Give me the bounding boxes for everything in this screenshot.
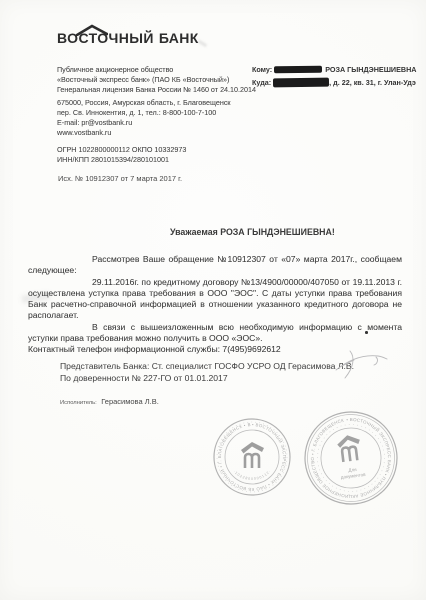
stamp-bank-logo-icon bbox=[241, 442, 264, 468]
bank-documents-stamp: • ВОСТОЧНЫЙ ЭКСПРЕСС БАНК • ПУБЛИЧНОЕ АК… bbox=[295, 402, 406, 513]
representative-line: Представитель Банка: Ст. специалист ГОСФ… bbox=[60, 361, 354, 373]
svg-text:· 1 0 2 2 8 0 0 0 0 0 1 1 2 ·: · 1 0 2 2 8 0 0 0 0 0 1 1 2 · bbox=[232, 469, 271, 481]
sender-details: Публичное акционерное общество «Восточны… bbox=[57, 65, 256, 168]
bank-round-stamp: • ВОСТОЧНЫЙ ЭКСПРЕСС БАНК • ПАО КБ ВОСТО… bbox=[207, 412, 297, 502]
body-paragraph: В связи с вышеизложенным всю необходимую… bbox=[28, 322, 402, 345]
sender-org-group: Публичное акционерное общество «Восточны… bbox=[57, 65, 256, 95]
salutation: Уважаемая РОЗА ГЫНДЭНЕШИЕВНА! bbox=[170, 227, 335, 237]
recipient-address-row: Куда: , д. 22, кв. 31, г. Улан-Удэ bbox=[252, 78, 416, 87]
executor-line: Исполнитель: Герасимова Л.В. bbox=[60, 391, 159, 409]
sender-address-line2: пер. Св. Иннокентия, д. 1, тел.: 8-800-1… bbox=[57, 108, 256, 118]
logo-text-part: ЧНЫЙ bbox=[109, 30, 154, 46]
stamp-center-text: документов bbox=[341, 472, 367, 480]
signature-block: Представитель Банка: Ст. специалист ГОСФ… bbox=[60, 361, 354, 384]
recipient-where-label: Куда: bbox=[252, 78, 271, 87]
stamp-ring-text: • ВОСТОЧНЫЙ ЭКСПРЕСС БАНК • ПУБЛИЧНОЕ АК… bbox=[295, 402, 396, 505]
redaction-bar bbox=[274, 66, 322, 73]
scan-artifact-dot bbox=[365, 331, 368, 334]
letter-document: ВОСТОЧНЫЙБАНК Публичное акционерное обще… bbox=[0, 0, 426, 600]
outgoing-ref-line: Исх. № 10912307 от 7 марта 2017 г. bbox=[58, 174, 182, 183]
bank-logo: ВОСТОЧНЫЙБАНК bbox=[57, 30, 199, 46]
redaction-bar bbox=[273, 78, 329, 87]
stamp-bank-logo-icon bbox=[336, 434, 362, 463]
logo-roof-icon bbox=[76, 24, 108, 36]
body-paragraph: 29.11.2016г. по кредитному договору №13/… bbox=[28, 277, 402, 322]
svg-text:• ВОСТОЧНЫЙ ЭКСПРЕСС БАНК • ПУ: • ВОСТОЧНЫЙ ЭКСПРЕСС БАНК • ПУБЛИЧНОЕ АК… bbox=[295, 402, 396, 505]
letter-body: Рассмотрев Ваше обращение №10912307 от «… bbox=[28, 254, 402, 356]
sender-registration-group: ОГРН 1022800000112 ОКПО 10332973 ИНН/КПП… bbox=[57, 145, 256, 165]
executor-name: Герасимова Л.В. bbox=[101, 397, 159, 406]
power-of-attorney-line: По доверенности № 227-ГО от 01.01.2017 bbox=[60, 373, 354, 385]
stamp-bottom-marks: · 1 0 2 2 8 0 0 0 0 0 1 1 2 · bbox=[232, 469, 271, 481]
handwritten-signature bbox=[330, 343, 400, 388]
recipient-name: РОЗА ГЫНДЭНЕШИЕВНА bbox=[325, 65, 416, 74]
sender-inn-kpp: ИНН/КПП 2801015394/280101001 bbox=[57, 155, 256, 165]
sender-org-name: «Восточный экспресс банк» (ПАО КБ «Восто… bbox=[57, 75, 256, 85]
sender-email: E-mail: pr@vostbank.ru bbox=[57, 118, 256, 128]
logo-text-part: БАНК bbox=[159, 30, 199, 46]
sender-ogrn: ОГРН 1022800000112 ОКПО 10332973 bbox=[57, 145, 256, 155]
scan-artifact-mark bbox=[198, 40, 207, 47]
recipient-block: Кому: РОЗА ГЫНДЭНЕШИЕВНА Куда: , д. 22, … bbox=[252, 65, 416, 91]
sender-license: Генеральная лицензия Банка России № 1460… bbox=[57, 85, 256, 95]
sender-website: www.vostbank.ru bbox=[57, 128, 256, 138]
recipient-address: , д. 22, кв. 31, г. Улан-Удэ bbox=[329, 78, 416, 87]
sender-org-type: Публичное акционерное общество bbox=[57, 65, 256, 75]
executor-label: Исполнитель: bbox=[60, 400, 97, 406]
recipient-to-label: Кому: bbox=[252, 65, 272, 74]
body-paragraph: Рассмотрев Ваше обращение №10912307 от «… bbox=[28, 254, 402, 277]
recipient-name-row: Кому: РОЗА ГЫНДЭНЕШИЕВНА bbox=[252, 65, 416, 74]
sender-address-line1: 675000, Россия, Амурская область, г. Бла… bbox=[57, 98, 256, 108]
sender-address-group: 675000, Россия, Амурская область, г. Бла… bbox=[57, 98, 256, 138]
